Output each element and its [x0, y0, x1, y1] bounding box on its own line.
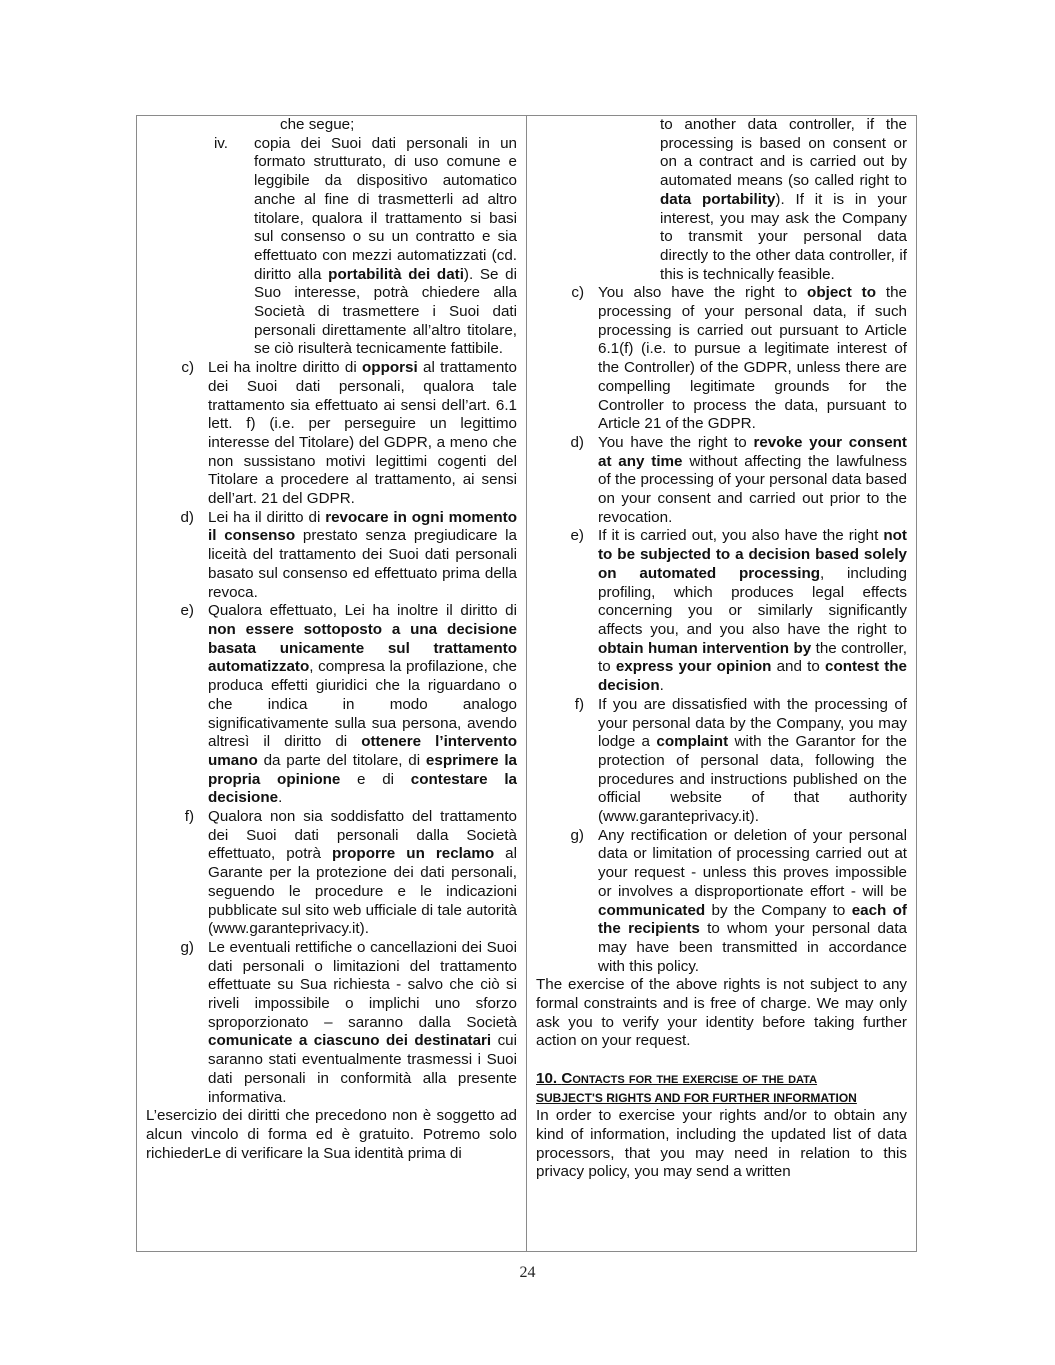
section-title-line2: subject's rights and for further informa…: [536, 1091, 857, 1105]
closing-paragraph: The exercise of the above rights is not …: [536, 976, 907, 1051]
section-heading: 10. Contacts for the exercise of the dat…: [536, 1070, 907, 1107]
list-item-text: Qualora non sia soddisfatto del trattame…: [208, 808, 517, 939]
section-body: In order to exercise your rights and/or …: [536, 1107, 907, 1182]
list-marker: c): [146, 359, 208, 509]
section-title-line1: Contacts for the exercise of the data: [561, 1070, 817, 1087]
section-number: 10.: [536, 1070, 557, 1087]
list-marker: d): [536, 434, 598, 528]
list-marker: f): [146, 808, 208, 939]
italian-column: che segue; iv. copia dei Suoi dati perso…: [137, 116, 527, 1251]
list-marker: iv.: [146, 135, 254, 359]
list-marker: e): [146, 602, 208, 808]
list-marker: g): [536, 827, 598, 977]
list-item-text: Lei ha inoltre diritto di opporsi al tra…: [208, 359, 517, 509]
list-item-g: g) Any rectification or deletion of your…: [536, 827, 907, 977]
list-marker: g): [146, 939, 208, 1107]
closing-paragraph: L’esercizio dei diritti che precedono no…: [146, 1107, 517, 1163]
continuation-text: che segue;: [146, 116, 517, 135]
continuation-text: to another data controller, if the proce…: [536, 116, 907, 284]
list-item-d: d) Lei ha il diritto di revocare in ogni…: [146, 509, 517, 603]
list-item-c: c) Lei ha inoltre diritto di opporsi al …: [146, 359, 517, 509]
list-item-text: You have the right to revoke your consen…: [598, 434, 907, 528]
list-marker: c): [536, 284, 598, 434]
list-item-g: g) Le eventuali rettifiche o cancellazio…: [146, 939, 517, 1107]
list-item-c: c) You also have the right to object to …: [536, 284, 907, 434]
page-number: 24: [0, 1264, 1055, 1282]
list-item-text: Le eventuali rettifiche o cancellazioni …: [208, 939, 517, 1107]
list-marker: f): [536, 696, 598, 827]
list-item-text: Qualora effettuato, Lei ha inoltre il di…: [208, 602, 517, 808]
bilingual-table: che segue; iv. copia dei Suoi dati perso…: [136, 115, 917, 1252]
list-item-text: copia dei Suoi dati personali in un form…: [254, 135, 517, 359]
list-item-text: If it is carried out, you also have the …: [598, 527, 907, 695]
english-column: to another data controller, if the proce…: [527, 116, 916, 1251]
list-item-f: f) If you are dissatisfied with the proc…: [536, 696, 907, 827]
list-marker: e): [536, 527, 598, 695]
list-item-iv: iv. copia dei Suoi dati personali in un …: [146, 135, 517, 359]
list-item-f: f) Qualora non sia soddisfatto del tratt…: [146, 808, 517, 939]
list-item-e: e) If it is carried out, you also have t…: [536, 527, 907, 695]
list-item-text: Any rectification or deletion of your pe…: [598, 827, 907, 977]
list-item-text: If you are dissatisfied with the process…: [598, 696, 907, 827]
list-item-d: d) You have the right to revoke your con…: [536, 434, 907, 528]
list-marker: d): [146, 509, 208, 603]
list-item-e: e) Qualora effettuato, Lei ha inoltre il…: [146, 602, 517, 808]
list-item-text: You also have the right to object to the…: [598, 284, 907, 434]
list-item-text: Lei ha il diritto di revocare in ogni mo…: [208, 509, 517, 603]
